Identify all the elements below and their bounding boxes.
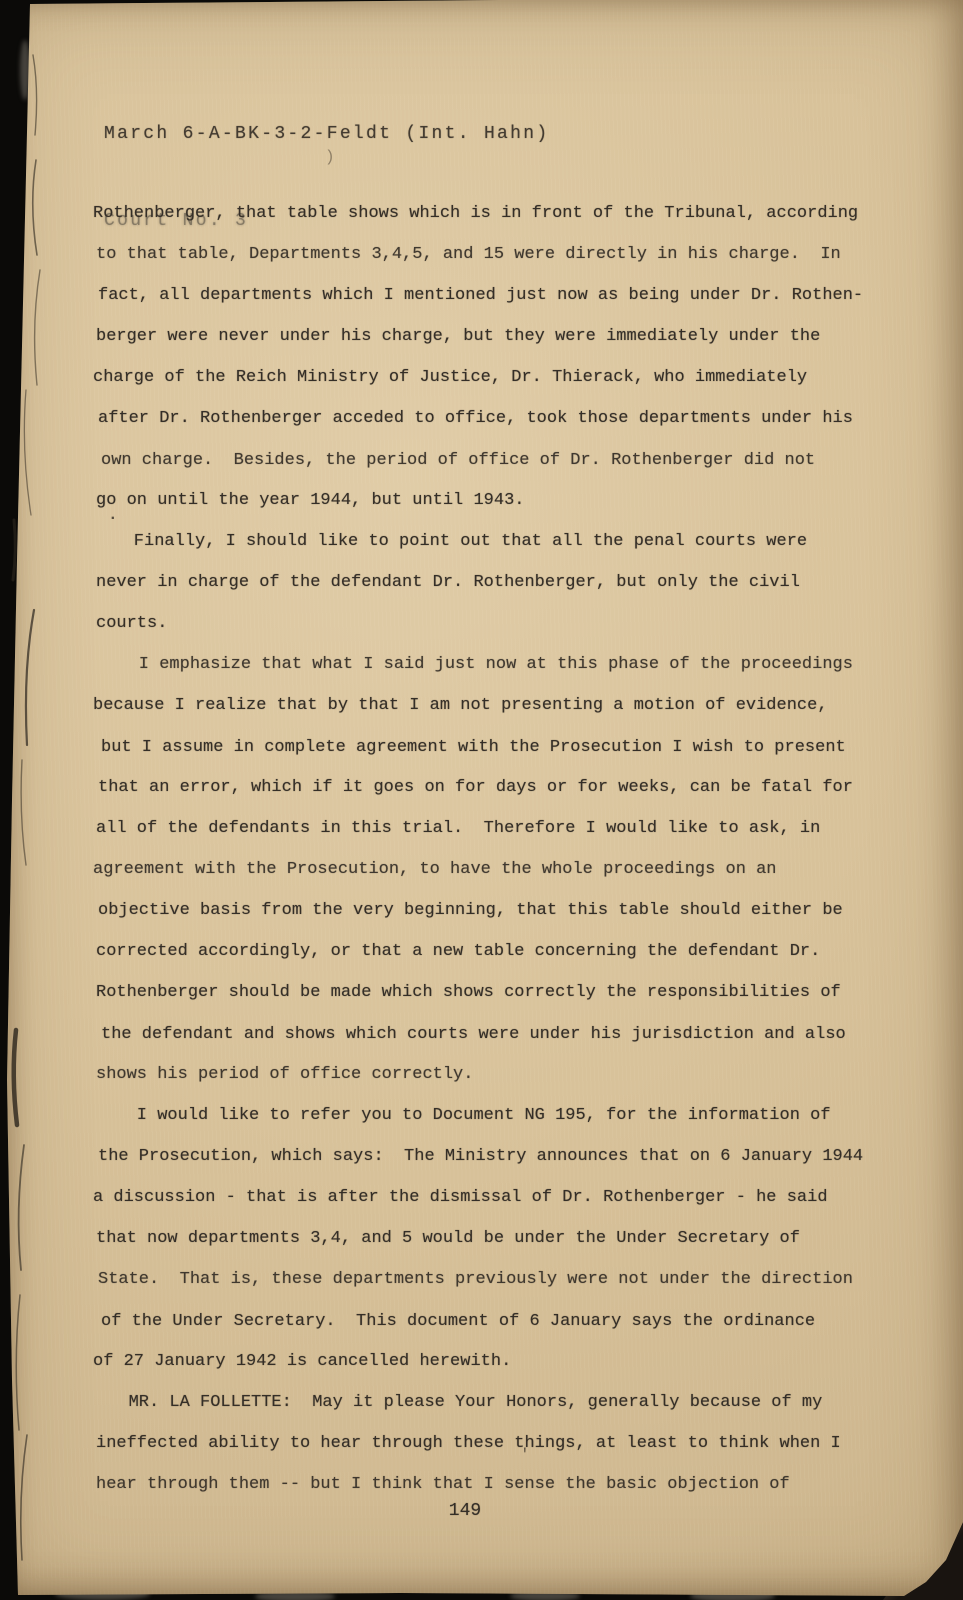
text-line: I emphasize that what I said just now at… bbox=[98, 644, 863, 685]
text-line: but I assume in complete agreement with … bbox=[101, 727, 866, 768]
text-line: a discussion - that is after the dismiss… bbox=[93, 1177, 858, 1218]
text-line: fact, all departments which I mentioned … bbox=[98, 275, 863, 316]
text-line: of 27 January 1942 is cancelled herewith… bbox=[93, 1341, 858, 1382]
text-line: courts. bbox=[96, 603, 861, 644]
text-line: berger were never under his charge, but … bbox=[96, 316, 861, 357]
text-line: State. That is, these departments previo… bbox=[98, 1259, 863, 1300]
text-line: Rothenberger, that table shows which is … bbox=[93, 193, 858, 234]
text-line: never in charge of the defendant Dr. Rot… bbox=[96, 562, 861, 603]
text-line: go on until the year 1944, but until 194… bbox=[96, 480, 861, 521]
text-line: of the Under Secretary. This document of… bbox=[101, 1301, 866, 1342]
stray-mark-paren: ) bbox=[325, 148, 335, 166]
text-line: charge of the Reich Ministry of Justice,… bbox=[93, 357, 858, 398]
text-line: objective basis from the very beginning,… bbox=[98, 890, 863, 931]
text-line: I would like to refer you to Document NG… bbox=[96, 1095, 861, 1136]
text-line: that an error, which if it goes on for d… bbox=[98, 767, 863, 808]
scanned-page: March 6-A-BK-3-2-Feldt (Int. Hahn) Court… bbox=[0, 0, 963, 1600]
text-line: own charge. Besides, the period of offic… bbox=[101, 440, 866, 481]
text-line: Rothenberger should be made which shows … bbox=[96, 972, 861, 1013]
text-line: agreement with the Prosecution, to have … bbox=[93, 849, 858, 890]
header-line-1: March 6-A-BK-3-2-Feldt (Int. Hahn) bbox=[104, 120, 549, 149]
text-line: corrected accordingly, or that a new tab… bbox=[96, 931, 861, 972]
text-line: shows his period of office correctly. bbox=[96, 1054, 861, 1095]
text-line: the defendant and shows which courts wer… bbox=[101, 1014, 866, 1055]
text-line: MR. LA FOLLETTE: May it please Your Hono… bbox=[98, 1382, 863, 1423]
text-line: because I realize that by that I am not … bbox=[93, 685, 858, 726]
text-line: to that table, Departments 3,4,5, and 15… bbox=[96, 234, 861, 275]
text-line: the Prosecution, which says: The Ministr… bbox=[98, 1136, 863, 1177]
page-number: 149 bbox=[420, 1496, 510, 1526]
text-line: after Dr. Rothenberger acceded to office… bbox=[98, 398, 863, 439]
text-line: that now departments 3,4, and 5 would be… bbox=[96, 1218, 861, 1259]
body-text: Rothenberger, that table shows which is … bbox=[96, 193, 861, 1505]
text-line: all of the defendants in this trial. The… bbox=[96, 808, 861, 849]
text-line: Finally, I should like to point out that… bbox=[93, 521, 858, 562]
text-line: ineffected ability to hear through these… bbox=[96, 1423, 861, 1464]
